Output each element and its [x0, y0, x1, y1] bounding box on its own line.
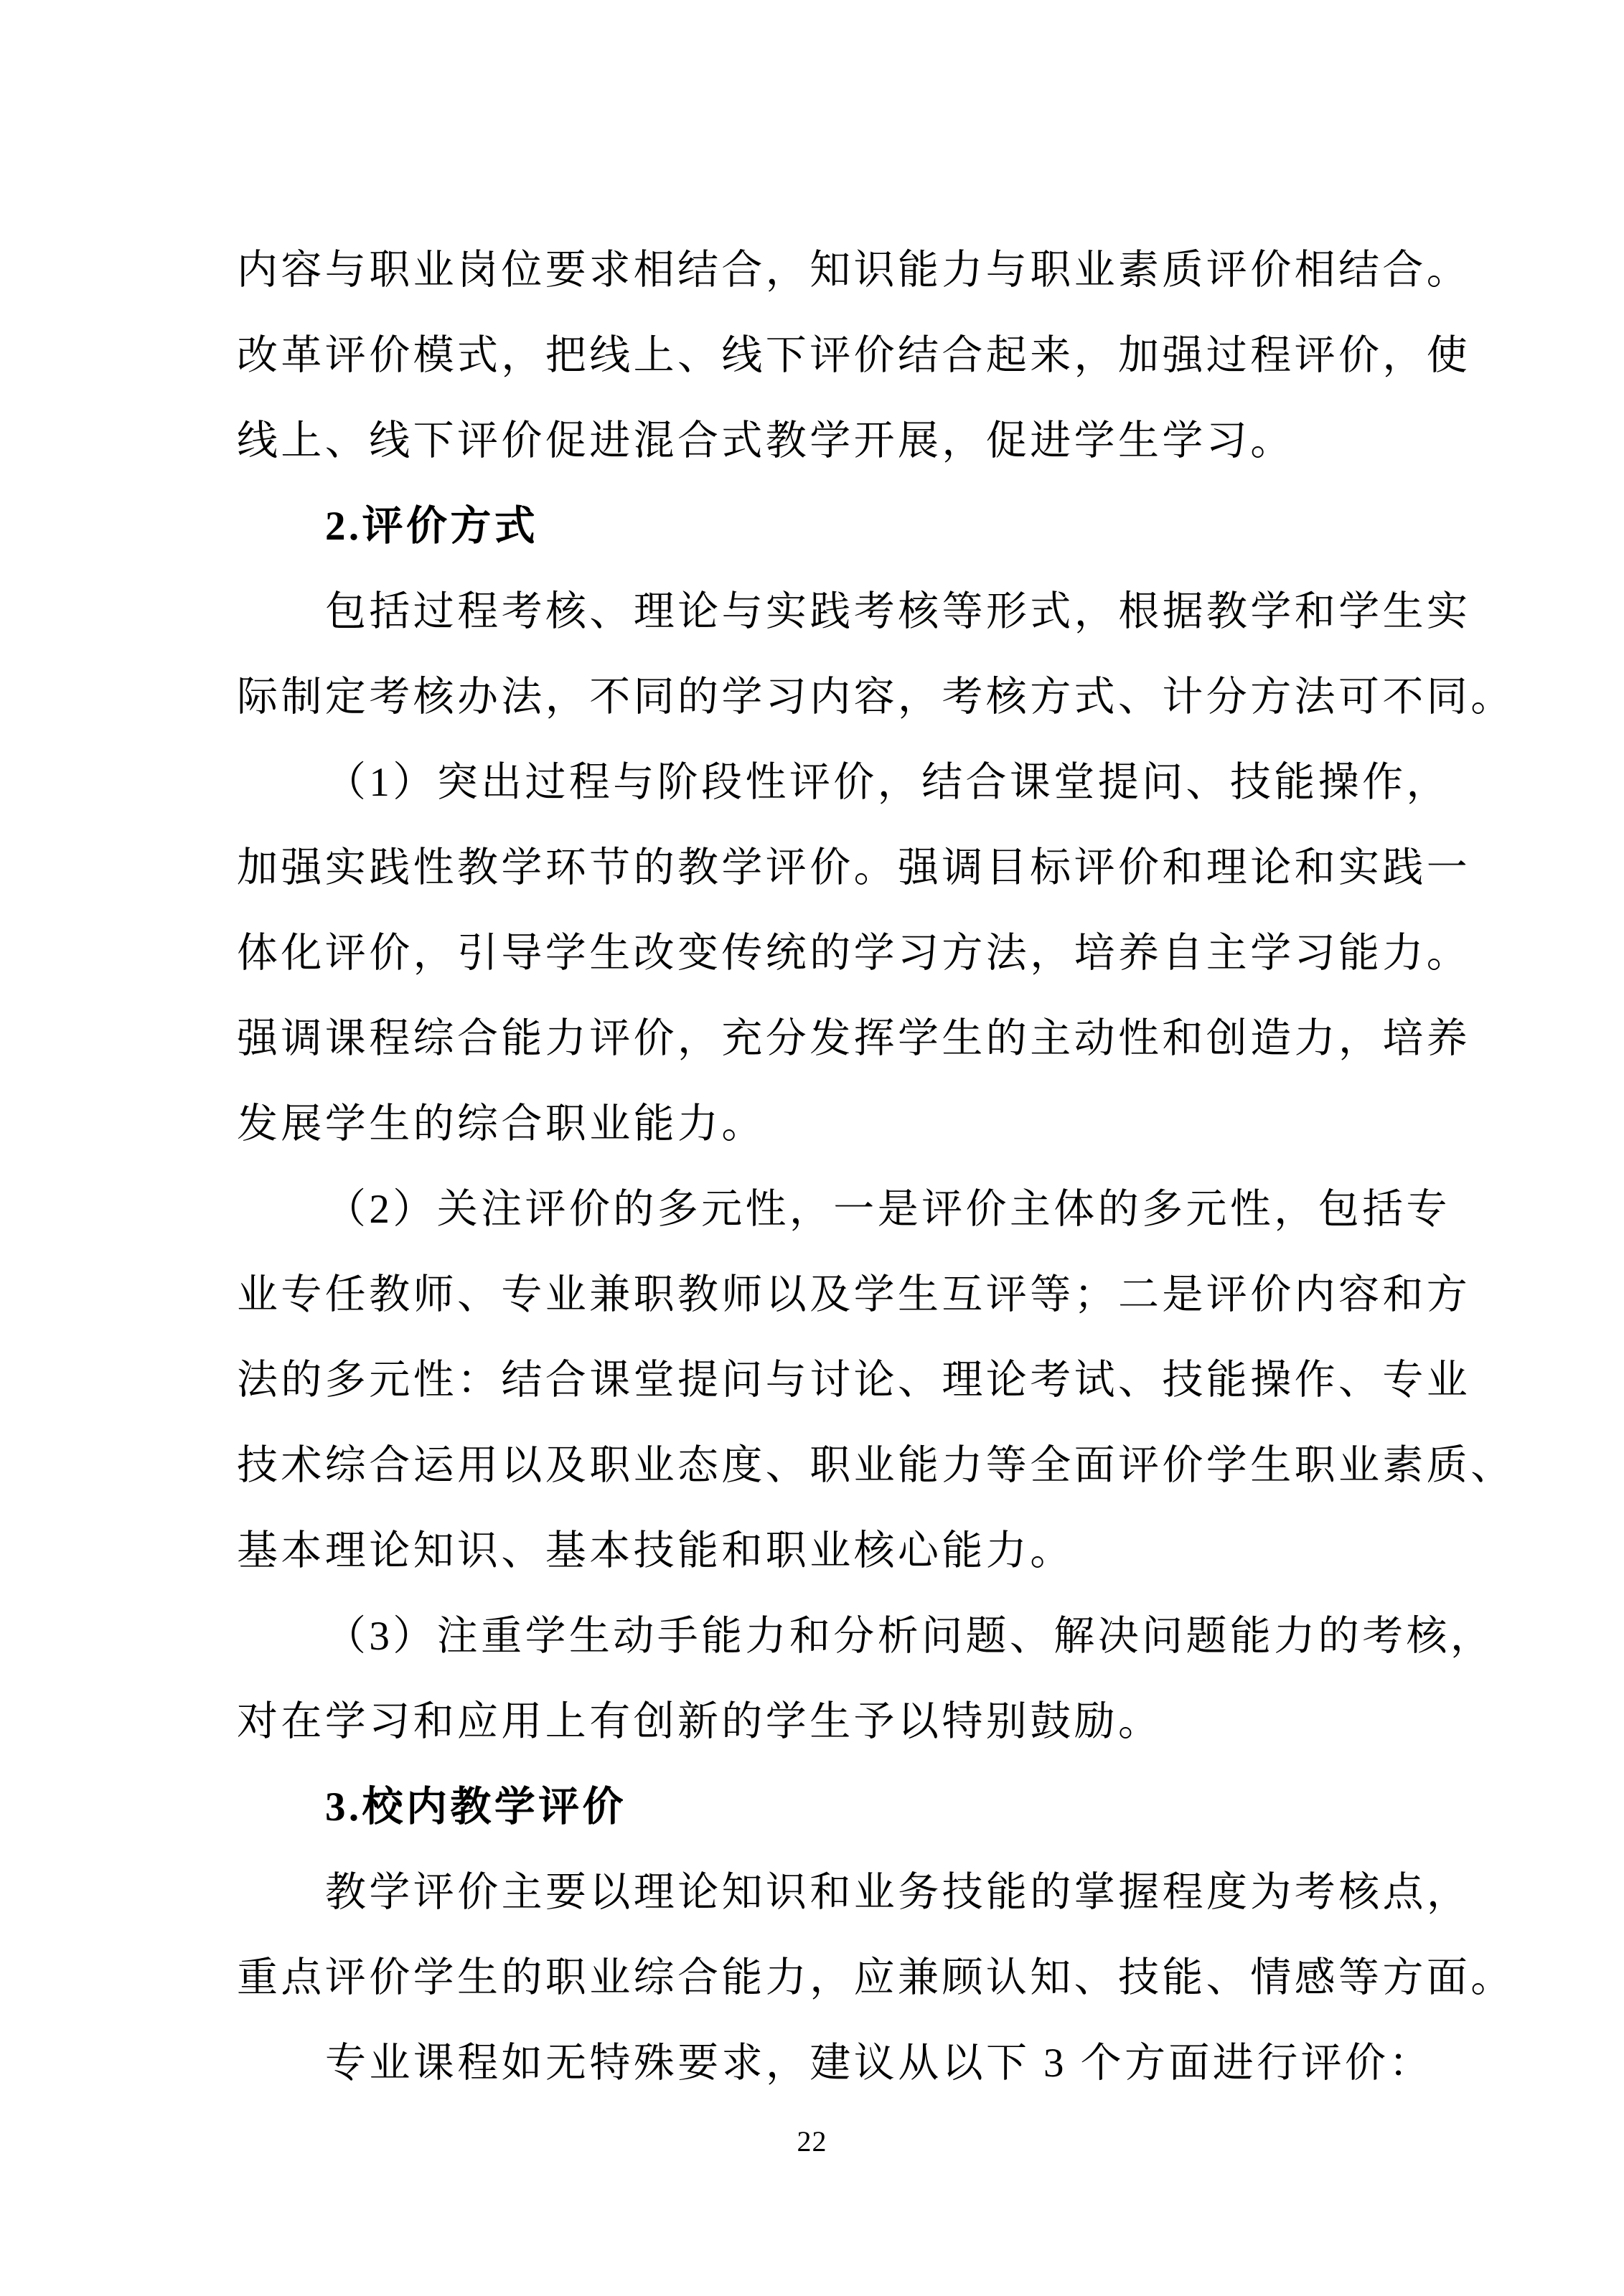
text-line: （1）突出过程与阶段性评价，结合课堂提问、技能操作， — [237, 740, 1475, 825]
text-line: 包括过程考核、理论与实践考核等形式，根据教学和学生实 — [237, 569, 1475, 654]
text-line: 教学评价主要以理论知识和业务技能的掌握程度为考核点， — [237, 1850, 1475, 1935]
text-line: 强调课程综合能力评价，充分发挥学生的主动性和创造力，培养 — [237, 996, 1475, 1081]
text-line: 改革评价模式，把线上、线下评价结合起来，加强过程评价，使 — [237, 313, 1475, 398]
text-line: 2.评价方式 — [237, 484, 1475, 569]
text-line: 体化评价，引导学生改变传统的学习方法，培养自主学习能力。 — [237, 911, 1475, 996]
text-line: 际制定考核办法，不同的学习内容，考核方式、计分方法可不同。 — [237, 654, 1475, 740]
text-line: 基本理论知识、基本技能和职业核心能力。 — [237, 1508, 1475, 1594]
text-line: 对在学习和应用上有创新的学生予以特别鼓励。 — [237, 1679, 1475, 1764]
text-line: （3）注重学生动手能力和分析问题、解决问题能力的考核， — [237, 1594, 1475, 1679]
text-line: 法的多元性：结合课堂提问与讨论、理论考试、技能操作、专业 — [237, 1337, 1475, 1423]
text-line: 内容与职业岗位要求相结合，知识能力与职业素质评价相结合。 — [237, 227, 1475, 313]
text-line: 专业课程如无特殊要求，建议从以下 3 个方面进行评价： — [237, 2020, 1475, 2106]
text-line: 加强实践性教学环节的教学评价。强调目标评价和理论和实践一 — [237, 825, 1475, 911]
text-line: 技术综合运用以及职业态度、职业能力等全面评价学生职业素质、 — [237, 1423, 1475, 1508]
text-line: 线上、线下评价促进混合式教学开展，促进学生学习。 — [237, 398, 1475, 484]
text-line: （2）关注评价的多元性，一是评价主体的多元性，包括专 — [237, 1167, 1475, 1252]
page-number: 22 — [0, 2125, 1624, 2158]
document-page: 内容与职业岗位要求相结合，知识能力与职业素质评价相结合。改革评价模式，把线上、线… — [0, 0, 1624, 2296]
text-line: 3.校内教学评价 — [237, 1764, 1475, 1850]
text-line: 重点评价学生的职业综合能力，应兼顾认知、技能、情感等方面。 — [237, 1935, 1475, 2020]
text-line: 业专任教师、专业兼职教师以及学生互评等；二是评价内容和方 — [237, 1252, 1475, 1337]
text-line: 发展学生的综合职业能力。 — [237, 1081, 1475, 1167]
text-block: 内容与职业岗位要求相结合，知识能力与职业素质评价相结合。改革评价模式，把线上、线… — [237, 227, 1475, 2106]
